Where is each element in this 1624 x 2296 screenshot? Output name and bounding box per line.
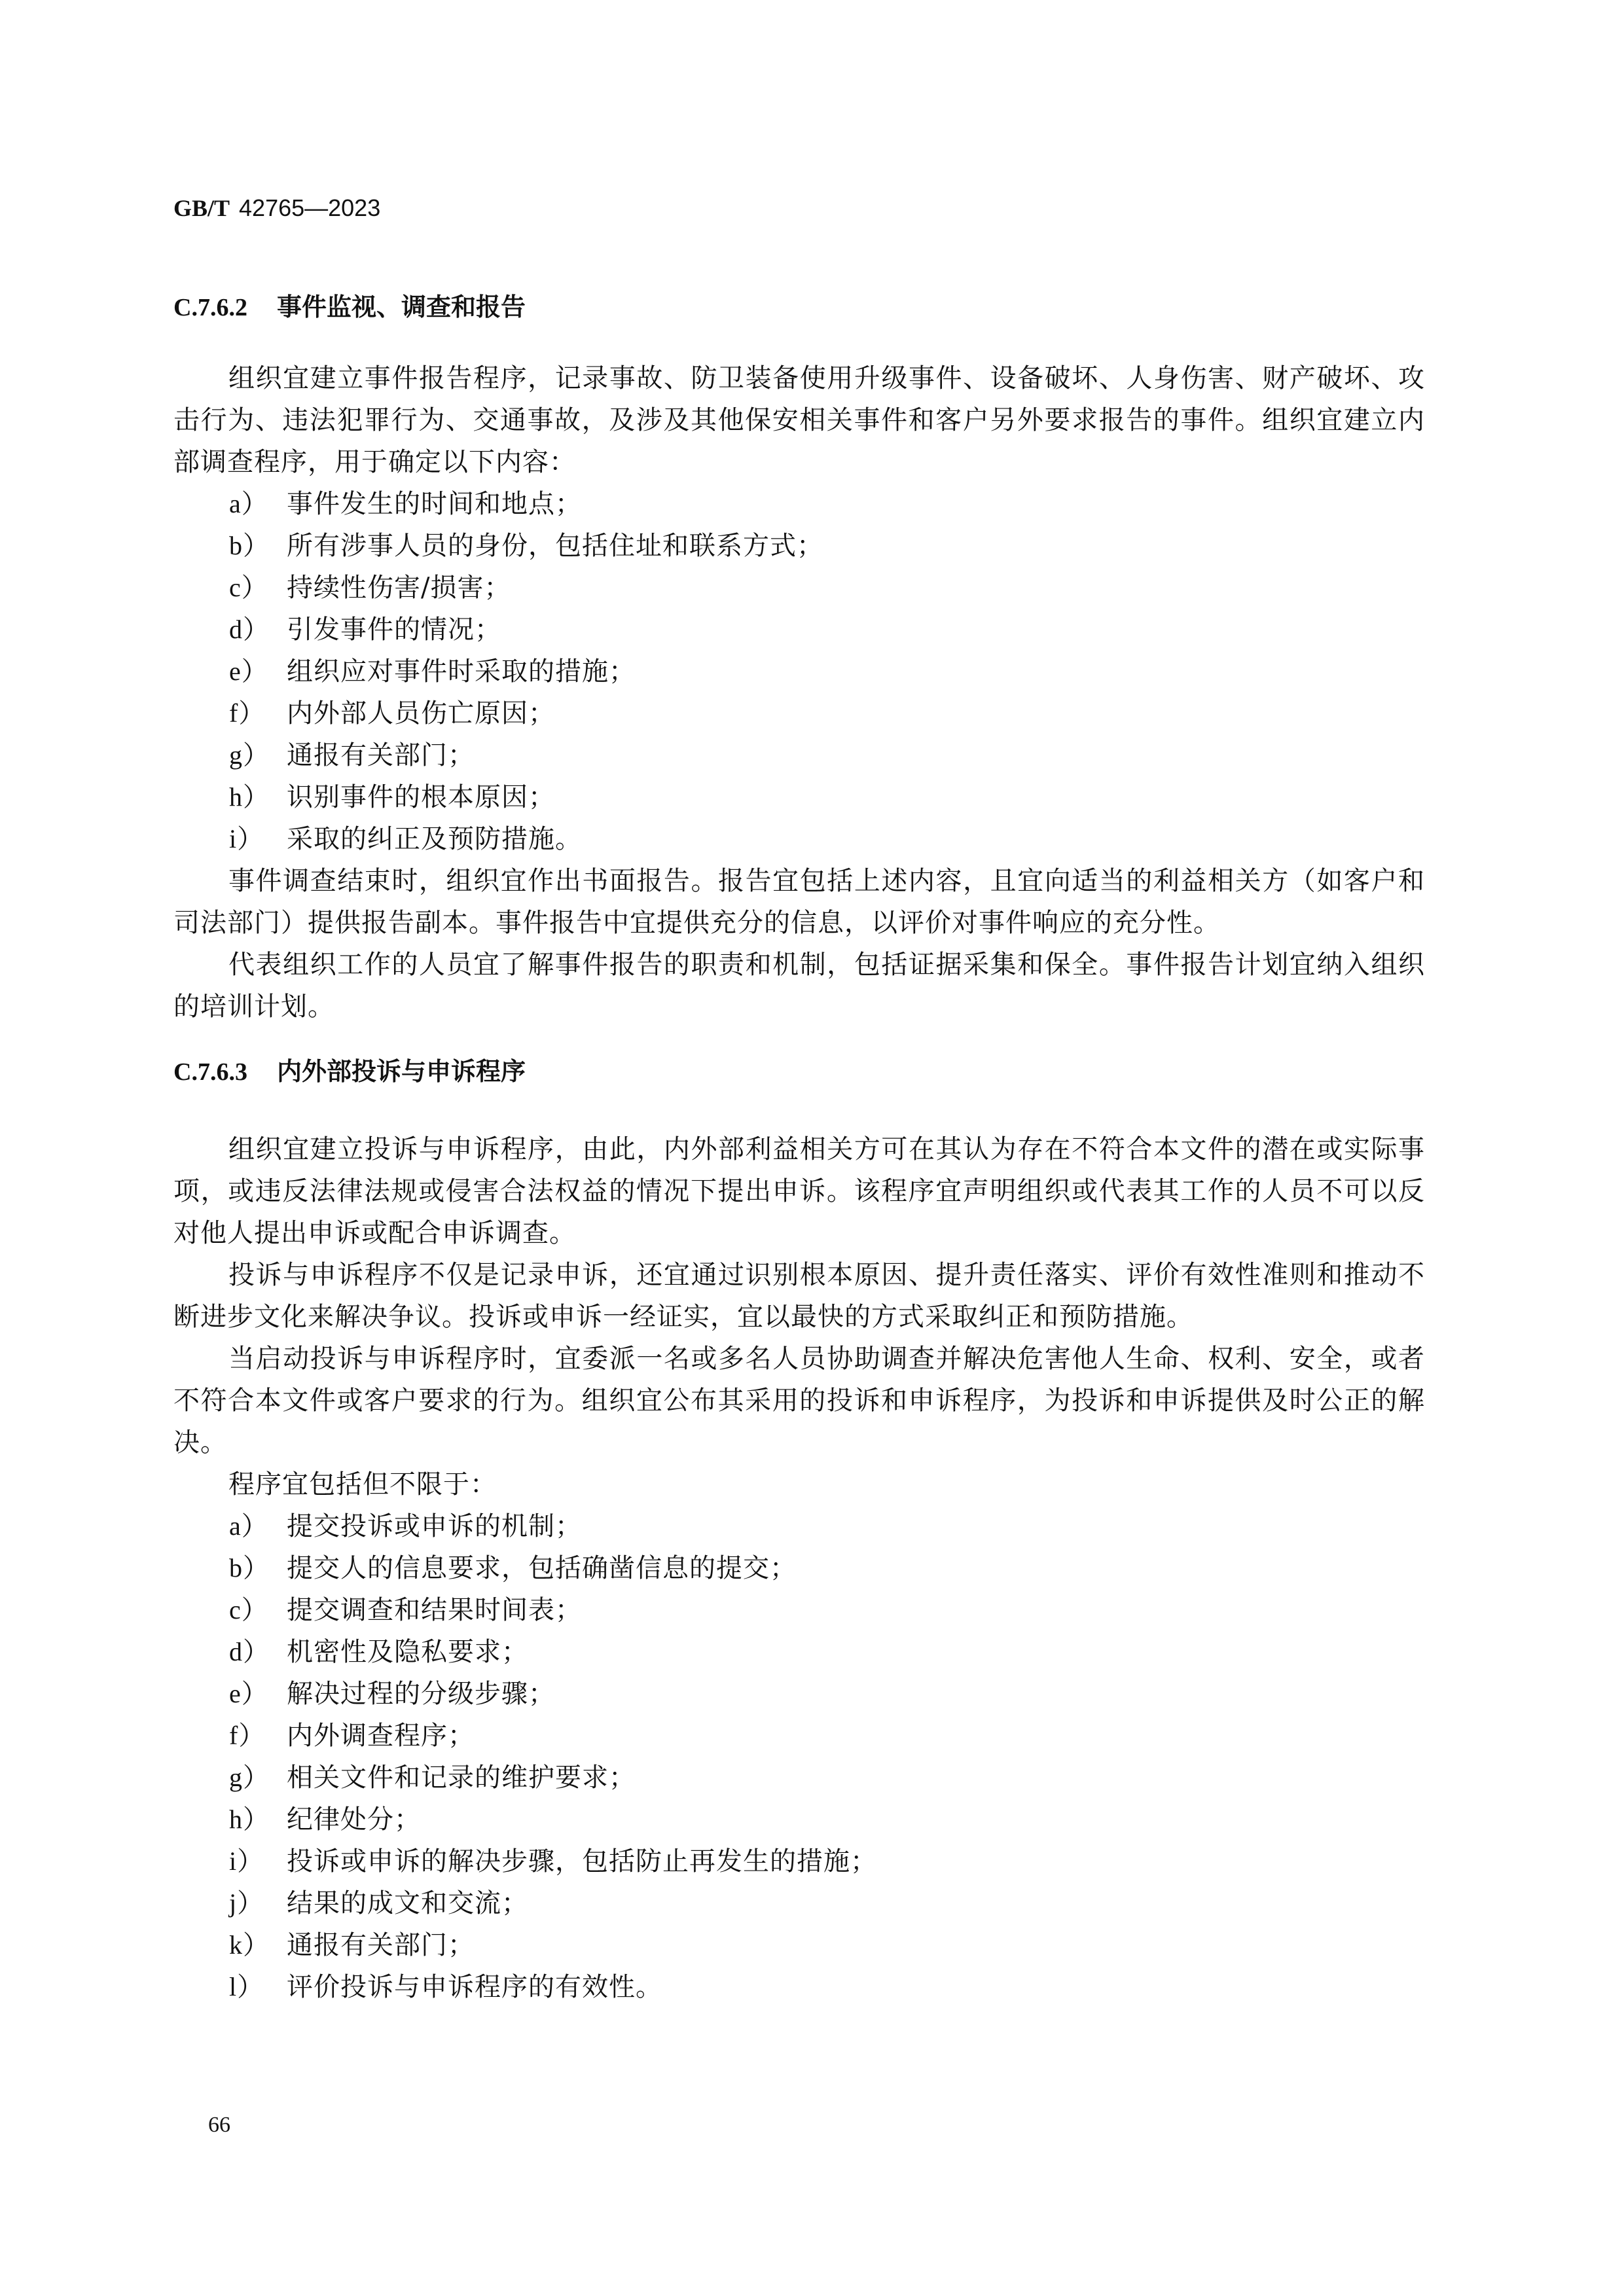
- list-item: g）通报有关部门；: [173, 734, 1425, 776]
- paragraph-assign-personnel: 当启动投诉与申诉程序时，宜委派一名或多名人员协助调查并解决危害他人生命、权利、安…: [173, 1338, 1425, 1463]
- list-marker: c）: [229, 567, 287, 609]
- list-text: 纪律处分；: [287, 1804, 421, 1835]
- paragraph-training: 代表组织工作的人员宜了解事件报告的职责和机制，包括证据采集和保全。事件报告计划宜…: [173, 944, 1425, 1028]
- list-item: e）组织应对事件时采取的措施；: [173, 651, 1425, 692]
- list-marker: c）: [229, 1589, 287, 1631]
- list-text: 评价投诉与申诉程序的有效性。: [287, 1972, 662, 2002]
- list-text: 采取的纠正及预防措施。: [287, 824, 582, 854]
- list-marker: h）: [229, 776, 287, 818]
- list-text: 引发事件的情况；: [287, 615, 501, 645]
- standard-prefix: GB/T: [173, 195, 230, 221]
- list-item: j）结果的成文和交流；: [173, 1882, 1425, 1924]
- standard-number: 42765—2023: [239, 194, 380, 221]
- list-item: g）相关文件和记录的维护要求；: [173, 1757, 1425, 1799]
- list-text: 提交投诉或申诉的机制；: [287, 1511, 582, 1541]
- list-item: h）识别事件的根本原因；: [173, 776, 1425, 818]
- list-item: e）解决过程的分级步骤；: [173, 1673, 1425, 1715]
- list-marker: j）: [229, 1882, 287, 1924]
- list-item: f）内外调查程序；: [173, 1715, 1425, 1757]
- list-marker: d）: [229, 1631, 287, 1673]
- list-item: a）提交投诉或申诉的机制；: [173, 1505, 1425, 1547]
- list-item: c）持续性伤害/损害；: [173, 567, 1425, 609]
- paragraph-report: 事件调查结束时，组织宜作出书面报告。报告宜包括上述内容，且宜向适当的利益相关方（…: [173, 860, 1425, 944]
- list-marker: g）: [229, 734, 287, 776]
- list-marker: d）: [229, 609, 287, 651]
- spacer: [173, 1092, 1425, 1128]
- list-marker: a）: [229, 1505, 287, 1547]
- section-number: C.7.6.3: [173, 1052, 277, 1092]
- list-marker: k）: [229, 1924, 287, 1966]
- section-title: 事件监视、调查和报告: [277, 294, 526, 321]
- list-text: 事件发生的时间和地点；: [287, 489, 582, 519]
- spacer: [173, 327, 1425, 357]
- page-number: 66: [208, 2111, 230, 2140]
- list-item: b）所有涉事人员的身份，包括住址和联系方式；: [173, 525, 1425, 567]
- list-marker: l）: [229, 1966, 287, 2008]
- list-marker: f）: [229, 692, 287, 734]
- section-heading-c763: C.7.6.3内外部投诉与申诉程序: [173, 1052, 1425, 1092]
- list-text: 所有涉事人员的身份，包括住址和联系方式；: [287, 531, 823, 561]
- list-marker: i）: [229, 818, 287, 860]
- list-text: 提交人的信息要求，包括确凿信息的提交；: [287, 1553, 797, 1583]
- list-item: c）提交调查和结果时间表；: [173, 1589, 1425, 1631]
- paragraph-complaint-procedure: 组织宜建立投诉与申诉程序，由此，内外部利益相关方可在其认为存在不符合本文件的潜在…: [173, 1128, 1425, 1254]
- list-item: a）事件发生的时间和地点；: [173, 483, 1425, 525]
- list-marker: g）: [229, 1757, 287, 1799]
- spacer: [173, 1028, 1425, 1052]
- list-marker: f）: [229, 1715, 287, 1757]
- page-header: GB/T42765—2023: [173, 192, 380, 225]
- list-marker: i）: [229, 1840, 287, 1882]
- list-marker: b）: [229, 525, 287, 567]
- section-title: 内外部投诉与申诉程序: [277, 1058, 526, 1086]
- list-text: 提交调查和结果时间表；: [287, 1595, 582, 1625]
- list-text: 组织应对事件时采取的措施；: [287, 656, 636, 687]
- paragraph-root-cause: 投诉与申诉程序不仅是记录申诉，还宜通过识别根本原因、提升责任落实、评价有效性准则…: [173, 1254, 1425, 1338]
- list-marker: e）: [229, 1673, 287, 1715]
- section-number: C.7.6.2: [173, 288, 277, 327]
- list-item: f）内外部人员伤亡原因；: [173, 692, 1425, 734]
- list-text: 识别事件的根本原因；: [287, 782, 555, 812]
- list-text: 持续性伤害/损害；: [287, 573, 511, 603]
- list-item: d）引发事件的情况；: [173, 609, 1425, 651]
- list-item: d）机密性及隐私要求；: [173, 1631, 1425, 1673]
- list-text: 内外调查程序；: [287, 1721, 475, 1751]
- list-item: b）提交人的信息要求，包括确凿信息的提交；: [173, 1547, 1425, 1589]
- list-marker: b）: [229, 1547, 287, 1589]
- list-item: i）投诉或申诉的解决步骤，包括防止再发生的措施；: [173, 1840, 1425, 1882]
- list-item: l）评价投诉与申诉程序的有效性。: [173, 1966, 1425, 2008]
- list-marker: h）: [229, 1799, 287, 1840]
- section-heading-c762: C.7.6.2事件监视、调查和报告: [173, 288, 1425, 327]
- list-text: 解决过程的分级步骤；: [287, 1679, 555, 1709]
- list-marker: e）: [229, 651, 287, 692]
- list-text: 通报有关部门；: [287, 740, 475, 770]
- paragraph-intro: 组织宜建立事件报告程序，记录事故、防卫装备使用升级事件、设备破坏、人身伤害、财产…: [173, 357, 1425, 483]
- list-text: 内外部人员伤亡原因；: [287, 698, 555, 728]
- list-text: 相关文件和记录的维护要求；: [287, 1763, 636, 1793]
- list-text: 投诉或申诉的解决步骤，包括防止再发生的措施；: [287, 1846, 877, 1876]
- complaint-procedure-list: a）提交投诉或申诉的机制； b）提交人的信息要求，包括确凿信息的提交； c）提交…: [173, 1505, 1425, 2008]
- list-text: 通报有关部门；: [287, 1930, 475, 1960]
- list-marker: a）: [229, 483, 287, 525]
- list-item: i）采取的纠正及预防措施。: [173, 818, 1425, 860]
- document-body: C.7.6.2事件监视、调查和报告 组织宜建立事件报告程序，记录事故、防卫装备使…: [173, 288, 1425, 2008]
- list-text: 机密性及隐私要求；: [287, 1637, 528, 1667]
- incident-investigation-list: a）事件发生的时间和地点； b）所有涉事人员的身份，包括住址和联系方式； c）持…: [173, 483, 1425, 860]
- list-text: 结果的成文和交流；: [287, 1888, 528, 1918]
- list-item: k）通报有关部门；: [173, 1924, 1425, 1966]
- paragraph-procedure-includes: 程序宜包括但不限于：: [173, 1463, 1425, 1505]
- list-item: h）纪律处分；: [173, 1799, 1425, 1840]
